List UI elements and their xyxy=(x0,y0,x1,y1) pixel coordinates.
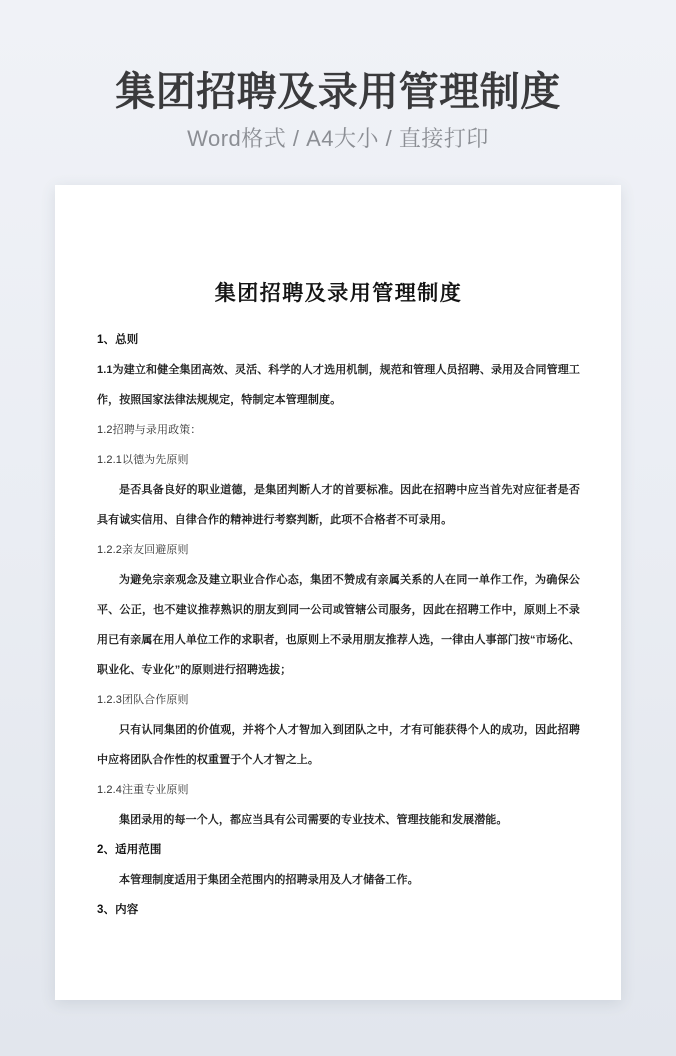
hero-subtitle: Word格式 / A4大小 / 直接打印 xyxy=(0,126,676,152)
template-preview-page: { "theme": { "background_top": "#f0f2f7"… xyxy=(0,0,676,1056)
doc-heading: 1、总则 xyxy=(97,325,580,355)
doc-subheading: 1.2.1以德为先原则 xyxy=(97,445,580,475)
doc-subheading: 1.2.3团队合作原则 xyxy=(97,685,580,715)
doc-paragraph: 本管理制度适用于集团全范围内的招聘录用及人才储备工作。 xyxy=(97,865,580,895)
doc-paragraph: 1.1为建立和健全集团高效、灵活、科学的人才选用机制，规范和管理人员招聘、录用及… xyxy=(97,355,580,415)
hero-header: 集团招聘及录用管理制度 Word格式 / A4大小 / 直接打印 xyxy=(0,0,676,152)
hero-title: 集团招聘及录用管理制度 xyxy=(0,70,676,114)
doc-heading: 2、适用范围 xyxy=(97,835,580,865)
document-sheet: 集团招聘及录用管理制度 1、总则 1.1为建立和健全集团高效、灵活、科学的人才选… xyxy=(55,185,621,1000)
document-body: 1、总则 1.1为建立和健全集团高效、灵活、科学的人才选用机制，规范和管理人员招… xyxy=(97,325,580,925)
doc-heading: 3、内容 xyxy=(97,895,580,925)
doc-subheading: 1.2.4注重专业原则 xyxy=(97,775,580,805)
doc-paragraph: 集团录用的每一个人，都应当具有公司需要的专业技术、管理技能和发展潜能。 xyxy=(97,805,580,835)
doc-subheading: 1.2.2亲友回避原则 xyxy=(97,535,580,565)
doc-paragraph: 为避免宗亲观念及建立职业合作心态，集团不赞成有亲属关系的人在同一单作工作，为确保… xyxy=(97,565,580,685)
doc-paragraph: 是否具备良好的职业道德，是集团判断人才的首要标准。因此在招聘中应当首先对应征者是… xyxy=(97,475,580,535)
doc-paragraph: 只有认同集团的价值观，并将个人才智加入到团队之中，才有可能获得个人的成功，因此招… xyxy=(97,715,580,775)
doc-subheading: 1.2招聘与录用政策： xyxy=(97,415,580,445)
document-title: 集团招聘及录用管理制度 xyxy=(97,280,580,308)
